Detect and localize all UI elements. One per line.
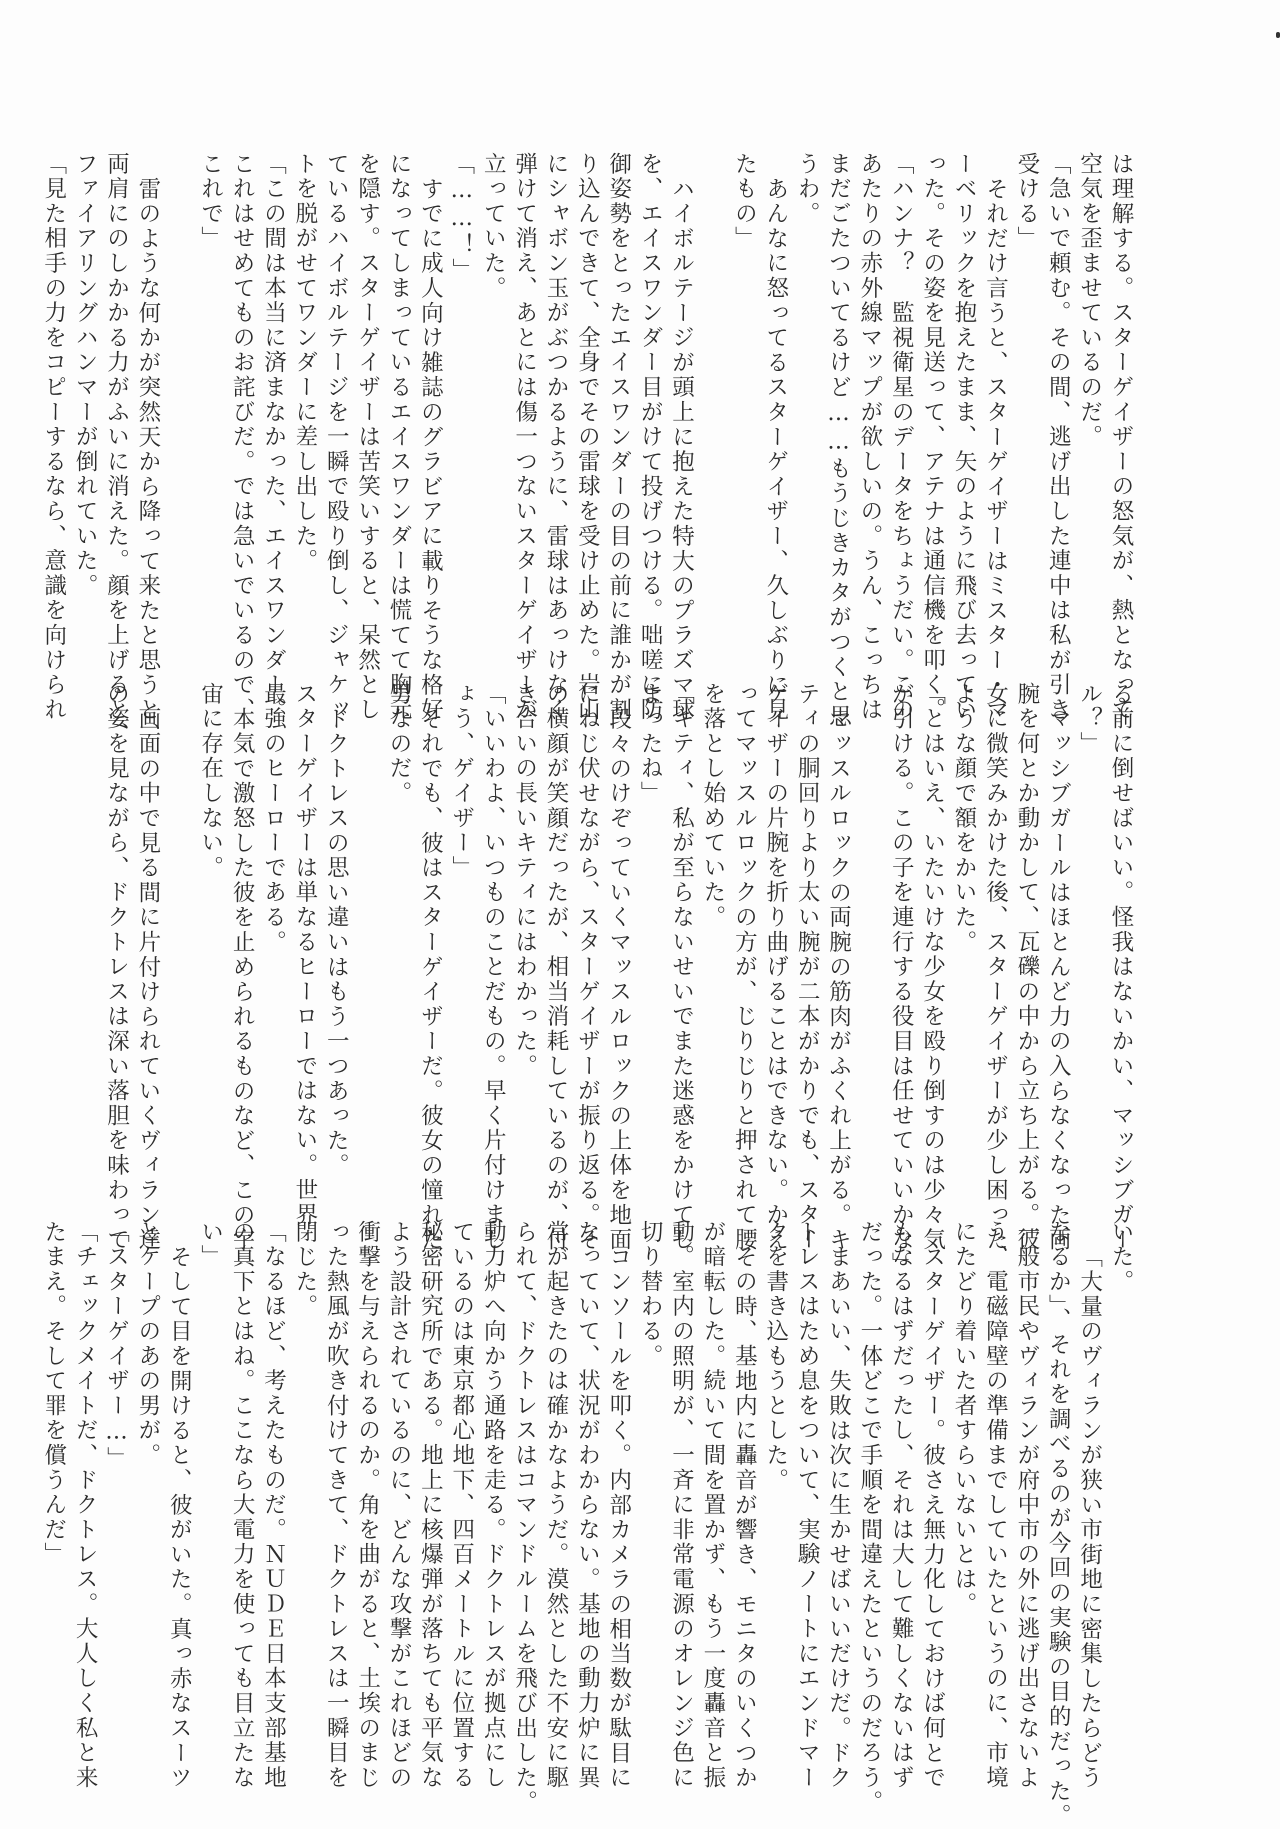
text-column: クを書き込もうとした。: [761, 1220, 790, 1493]
text-column: あたりの赤外線マップが欲しいの。うん、こっちは: [855, 152, 884, 722]
text-column: まったね」: [635, 682, 664, 806]
text-column: 受ける」: [1012, 152, 1041, 251]
text-column: 常が起きたのは確かなようだ。漠然とした不安に駆: [541, 1220, 570, 1790]
text-column: った熱風が吹き付けてきて、ドクトレスは一瞬目を: [321, 1220, 350, 1790]
text-column: だった。一体どこで手順を間違えたというのだろう。: [855, 1220, 884, 1815]
text-column: たもの」: [729, 152, 758, 251]
text-column: なるか」、それを調べるのが今回の実験の目的だった。: [1043, 1220, 1072, 1829]
text-column: それだけ言うと、スターゲイザーはミスター・マ: [980, 152, 1009, 723]
text-column: ているのは東京都心地下、四百メートルに位置する: [447, 1220, 476, 1790]
text-column: 女に微笑みかけた後、スターゲイザーが少し困った: [980, 682, 1009, 1252]
text-column: 切り替わる。: [635, 1220, 664, 1369]
text-column: 雷のような何かが突然天から降って来たと思うと、: [133, 152, 162, 747]
text-column: それでも、彼はスターゲイザーだ。彼女の憧れた: [415, 682, 444, 1253]
text-column: スターゲイザーは単なるヒーローではない。世界: [290, 682, 319, 1228]
text-column: ドクトレスの思い違いはもう一つあった。: [321, 682, 350, 1178]
text-column: を、エイスワンダー目がけて投げつける。咄嗟に防: [635, 152, 664, 722]
text-column: が引ける。この子を連行する役目は任せていいかな」: [886, 682, 915, 1277]
text-column: ーベリックを抱えたまま、矢のように飛び去ってい: [949, 152, 978, 722]
text-column: が暗転した。続いて間を置かず、もう一度轟音と振: [698, 1220, 727, 1790]
text-column: トレスはため息をついて、実験ノートにエンドマー: [792, 1220, 821, 1790]
text-column: にシャボン玉がぶつかるように、雷球はあっけなく: [541, 152, 570, 722]
text-column: 閉じた。: [290, 1220, 319, 1319]
text-column: トを脱がせてワンダーに差し出した。: [290, 152, 319, 574]
text-column: そして目を開けると、彼がいた。真っ赤なスーツ: [164, 1220, 193, 1791]
tier-top: は理解する。スターゲイザーの怒気が、熱となって空気を歪ませているのだ。「急いで頼…: [36, 152, 1135, 672]
text-column: 本気で激怒した彼を止められるものなど、この宇: [227, 682, 256, 1253]
text-column: る前に倒せばいい。怪我はないかい、マッシブガー: [1106, 682, 1135, 1252]
text-column: 宙に存在しない。: [196, 682, 225, 880]
text-column: 衝撃を与えられるのか。角を曲がると、土埃のまじ: [353, 1220, 382, 1790]
text-column: き合いの長いキティにはわかった。: [510, 682, 539, 1079]
text-column: られて、ドクトレスはコマンドルームを飛び出した。: [510, 1220, 539, 1815]
text-column: これで」: [196, 152, 225, 251]
text-column: 画面の中で見る間に片付けられていくヴィラン達: [133, 682, 162, 1253]
text-column: 腕を何とか動かして、瓦礫の中から立ち上がる。彼: [1012, 682, 1041, 1252]
text-column: 動。室内の照明が、一斉に非常電源のオレンジ色に: [667, 1220, 696, 1790]
text-column: とケープのあの男が。: [133, 1220, 162, 1468]
text-column: になってしまっているエイスワンダーは慌てて胸元: [384, 152, 413, 722]
text-column: り込んできて、全身でその雷球を受け止めた。岩山: [572, 152, 601, 722]
text-column: 一般市民やヴィランが府中市の外に逃げ出さないよ: [1012, 1220, 1041, 1790]
novel-page: は理解する。スターゲイザーの怒気が、熱となって空気を歪ませているのだ。「急いで頼…: [0, 0, 1280, 1829]
text-column: った。その姿を見送って、アテナは通信機を叩く。: [918, 152, 947, 722]
text-column: 「大量のヴィランが狭い市街地に密集したらどう: [1075, 1220, 1104, 1791]
text-column: これはせめてものお詫びだ。では急いでいるので、: [227, 152, 256, 722]
text-column: 「なるほど、考えたものだ。ＮＵＤＥ日本支部基地: [258, 1220, 287, 1790]
text-column: ハイボルテージが頭上に抱えた特大のプラズマ球: [667, 152, 696, 723]
text-column: 「とはいえ、いたいけな少女を殴り倒すのは少々気: [918, 682, 947, 1252]
text-column: コンソールを叩く。内部カメラの相当数が駄目に: [604, 1220, 633, 1791]
text-column: マッスルロックの両腕の筋肉がふくれ上がる。キ: [823, 682, 852, 1253]
text-column: 両肩にのしかかる力がふいに消えた。顔を上げると、: [102, 152, 131, 747]
text-column: 動力炉へ向かう通路を走る。ドクトレスが拠点にし: [478, 1220, 507, 1790]
text-column: ファイアリングハンマーが倒れていた。: [70, 152, 99, 598]
text-column: にねじ伏せながら、スターゲイザーが振り返る。そ: [572, 682, 601, 1252]
text-column: 空気を歪ませているのだ。: [1075, 152, 1104, 450]
tier-middle: る前に倒せばいい。怪我はないかい、マッシブガール？」マッシブガールはほとんど力の…: [99, 682, 1135, 1152]
text-column: うわ。: [792, 152, 821, 226]
text-column: ってマッスルロックの方が、じりじりと押されて腰: [729, 682, 758, 1252]
text-column: を落とし始めていた。: [698, 682, 727, 930]
text-column: マッシブガールはほとんど力の入らなくなった両: [1043, 682, 1072, 1253]
text-column: にたどり着いた者すらいないとは。: [949, 1220, 978, 1617]
text-column: ょう、ゲイザー」: [447, 682, 476, 880]
text-column: たまえ。そして罪を償うんだ」: [39, 1220, 68, 1567]
text-column: まだごたついてるけど……もうじきカタがつくと思: [823, 152, 852, 729]
text-column: あんなに怒ってるスターゲイザー、久しぶりに見: [761, 152, 790, 723]
text-column: 男なのだ。: [384, 682, 413, 806]
text-column: ゲイザーの片腕を折り曲げることはできない。かえ: [761, 682, 790, 1252]
text-column: は理解する。スターゲイザーの怒気が、熱となって: [1106, 152, 1135, 722]
text-column: もなるはずだったし、それは大して難しくないはず: [886, 1220, 915, 1790]
text-column: の横顔が笑顔だったが、相当消耗しているのが、付: [541, 682, 570, 1252]
text-column: ているハイボルテージを一瞬で殴り倒し、ジャケッ: [321, 152, 350, 722]
text-column: まあいい、失敗は次に生かせばいいだけだ。ドク: [823, 1220, 852, 1791]
text-column: なっていて、状況がわからない。基地の動力炉に異: [572, 1220, 601, 1790]
text-column: 「見た相手の力をコピーするなら、意識を向けられ: [39, 152, 68, 722]
text-column: の真下とはね。ここなら大電力を使っても目立たな: [227, 1220, 256, 1790]
text-column: その時、基地内に轟音が響き、モニタのいくつか: [729, 1220, 758, 1791]
text-column: ティの胴回りより太い腕が二本がかりでも、スター: [792, 682, 821, 1252]
text-column: 最強のヒーローである。: [258, 682, 287, 955]
text-column: い」: [196, 1220, 225, 1270]
scan-mark: [1276, 32, 1280, 38]
text-column: 「……！」: [447, 152, 476, 283]
text-column: よう設計されているのに、どんな攻撃がこれほどの: [384, 1220, 413, 1790]
tier-bottom: いた。「大量のヴィランが狭い市街地に密集したらどうなるか」、それを調べるのが今回…: [36, 1220, 1135, 1690]
text-column: 「この間は本当に済まなかった、エイスワンダー。: [258, 152, 287, 722]
text-column: の姿を見ながら、ドクトレスは深い落胆を味わって: [102, 682, 131, 1252]
text-column: 「チェックメイトだ、ドクトレス。大人しく私と来: [70, 1220, 99, 1790]
text-column: う、電磁障壁の準備までしていたというのに、市境: [980, 1220, 1009, 1790]
text-column: すでに成人向け雑誌のグラビアに載りそうな格好: [415, 152, 444, 723]
text-column: 秘密研究所である。地上に核爆弾が落ちても平気な: [415, 1220, 444, 1790]
text-column: 「スターゲイザー…」: [102, 1220, 131, 1472]
text-column: ような顔で額をかいた。: [949, 682, 978, 955]
text-column: を隠す。スターゲイザーは苦笑いすると、呆然とし: [353, 152, 382, 722]
text-column: 段々のけぞっていくマッスルロックの上体を地面: [604, 682, 633, 1253]
text-column: スターゲイザー。彼さえ無力化しておけば何とで: [918, 1220, 947, 1791]
text-column: ル？」: [1075, 682, 1104, 756]
text-column: 立っていた。: [478, 152, 507, 301]
text-column: 弾けて消え、あとには傷一つないスターゲイザーが: [510, 152, 539, 722]
text-column: 「急いで頼む。その間、逃げ出した連中は私が引き: [1043, 152, 1072, 722]
text-column: 「ハンナ？ 監視衛星のデータをちょうだい。この: [886, 152, 915, 722]
text-column: 「いいわよ、いつものことだもの。早く片付けまし: [478, 682, 507, 1252]
text-column: 「キティ、私が至らないせいでまた迷惑をかけてし: [667, 682, 696, 1252]
text-column: 御姿勢をとったエイスワンダーの目の前に誰かが割: [604, 152, 633, 722]
text-column: いた。: [1106, 1220, 1135, 1294]
